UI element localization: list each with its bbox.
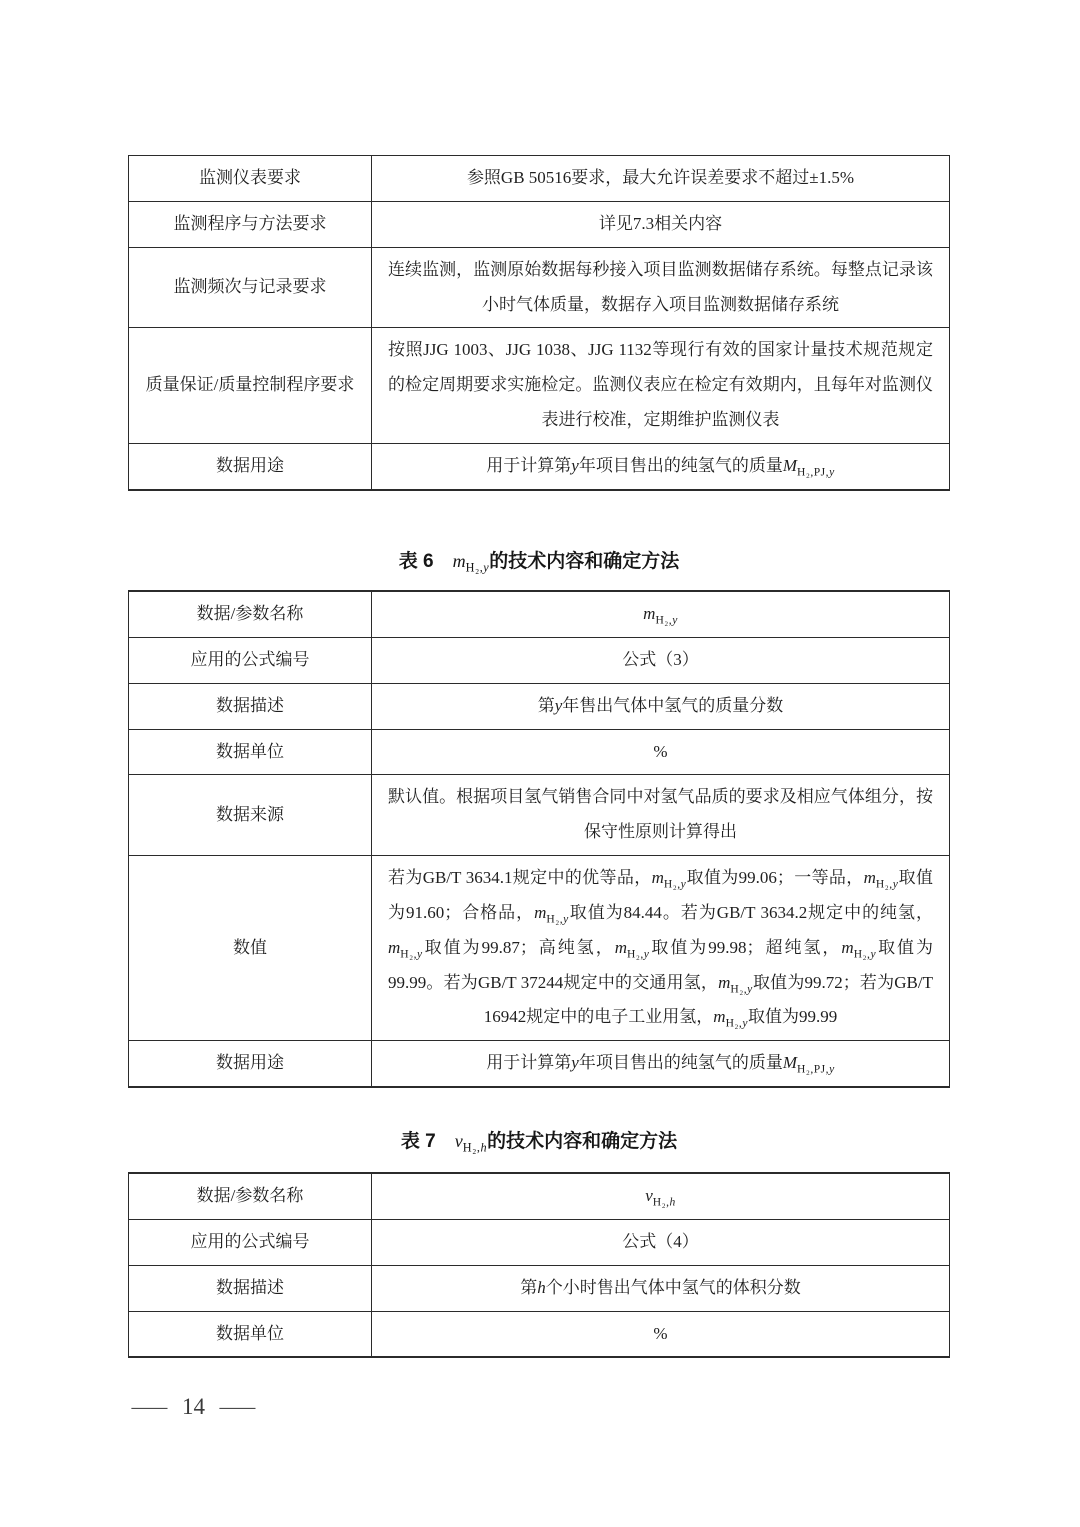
row-value-cell: % xyxy=(372,1311,950,1357)
footer-dash-left: — xyxy=(132,1394,168,1420)
row-label-cell: 数据来源 xyxy=(129,775,372,856)
table-row: 质量保证/质量控制程序要求 按照JJG 1003、JJG 1038、JJG 11… xyxy=(129,328,950,444)
row-label-cell: 质量保证/质量控制程序要求 xyxy=(129,328,372,444)
table-row: 数据来源 默认值。根据项目氢气销售合同中对氢气品质的要求及相应气体组分，按保守性… xyxy=(129,775,950,856)
table-row: 数据单位 % xyxy=(129,729,950,775)
table6-mh2y: 数据/参数名称 mH₂,y 应用的公式编号 公式（3） 数据描述 第y年售出气体… xyxy=(128,590,950,1088)
row-label-cell: 数据用途 xyxy=(129,443,372,489)
row-value-cell: 默认值。根据项目氢气销售合同中对氢气品质的要求及相应气体组分，按保守性原则计算得… xyxy=(372,775,950,856)
row-value-cell: 用于计算第y年项目售出的纯氢气的质量MH₂,PJ,y xyxy=(372,443,950,489)
row-label-cell: 数据单位 xyxy=(129,729,372,775)
row-value-cell: 公式（4） xyxy=(372,1219,950,1265)
table-row: 数据描述 第y年售出气体中氢气的质量分数 xyxy=(129,683,950,729)
row-label-cell: 数据描述 xyxy=(129,1265,372,1311)
table-row: 应用的公式编号 公式（3） xyxy=(129,637,950,683)
row-label-cell: 监测程序与方法要求 xyxy=(129,201,372,247)
table7-caption: 表 7 vH₂,h的技术内容和确定方法 xyxy=(128,1126,950,1153)
table-row: 数值 若为GB/T 3634.1规定中的优等品，mH₂,y取值为99.06；一等… xyxy=(129,856,950,1041)
table-row: 应用的公式编号 公式（4） xyxy=(129,1219,950,1265)
row-value-cell: 用于计算第y年项目售出的纯氢气的质量MH₂,PJ,y xyxy=(372,1041,950,1087)
table-row: 监测程序与方法要求 详见7.3相关内容 xyxy=(129,201,950,247)
table-row: 数据单位 % xyxy=(129,1311,950,1357)
table-row: 数据描述 第h个小时售出气体中氢气的体积分数 xyxy=(129,1265,950,1311)
table-row: 数据/参数名称 mH₂,y xyxy=(129,591,950,637)
row-label-cell: 数据单位 xyxy=(129,1311,372,1357)
row-value-cell: % xyxy=(372,729,950,775)
row-label-cell: 监测频次与记录要求 xyxy=(129,247,372,328)
table-row: 监测仪表要求 参照GB 50516要求，最大允许误差要求不超过±1.5% xyxy=(129,156,950,202)
row-value-cell: mH₂,y xyxy=(372,591,950,637)
row-label-cell: 数据用途 xyxy=(129,1041,372,1087)
table-row: 监测频次与记录要求 连续监测，监测原始数据每秒接入项目监测数据储存系统。每整点记… xyxy=(129,247,950,328)
row-value-cell: 连续监测，监测原始数据每秒接入项目监测数据储存系统。每整点记录该小时气体质量，数… xyxy=(372,247,950,328)
row-label-cell: 应用的公式编号 xyxy=(129,1219,372,1265)
row-label-cell: 应用的公式编号 xyxy=(129,637,372,683)
row-value-cell: 参照GB 50516要求，最大允许误差要求不超过±1.5% xyxy=(372,156,950,202)
table-row: 数据用途 用于计算第y年项目售出的纯氢气的质量MH₂,PJ,y xyxy=(129,1041,950,1087)
monitoring-requirements-table: 监测仪表要求 参照GB 50516要求，最大允许误差要求不超过±1.5% 监测程… xyxy=(128,155,950,491)
document-page: 监测仪表要求 参照GB 50516要求，最大允许误差要求不超过±1.5% 监测程… xyxy=(0,0,1080,1527)
table6-caption: 表 6 mH₂,y的技术内容和确定方法 xyxy=(128,546,950,573)
row-value-cell: 第y年售出气体中氢气的质量分数 xyxy=(372,683,950,729)
row-value-cell: 按照JJG 1003、JJG 1038、JJG 1132等现行有效的国家计量技术… xyxy=(372,328,950,444)
row-value-cell: 详见7.3相关内容 xyxy=(372,201,950,247)
row-label-cell: 数据/参数名称 xyxy=(129,1173,372,1219)
footer-dash-right: — xyxy=(220,1394,256,1420)
row-label-cell: 数据/参数名称 xyxy=(129,591,372,637)
row-value-cell: 公式（3） xyxy=(372,637,950,683)
page-footer: — 14 — xyxy=(138,1394,249,1420)
row-label-cell: 数据描述 xyxy=(129,683,372,729)
footer-page-number: 14 xyxy=(182,1394,205,1420)
row-label-cell: 监测仪表要求 xyxy=(129,156,372,202)
row-value-cell: 第h个小时售出气体中氢气的体积分数 xyxy=(372,1265,950,1311)
row-label-cell: 数值 xyxy=(129,856,372,1041)
row-value-cell: 若为GB/T 3634.1规定中的优等品，mH₂,y取值为99.06；一等品，m… xyxy=(372,856,950,1041)
table7-vh2h: 数据/参数名称 vH₂,h 应用的公式编号 公式（4） 数据描述 第h个小时售出… xyxy=(128,1172,950,1358)
table-row: 数据用途 用于计算第y年项目售出的纯氢气的质量MH₂,PJ,y xyxy=(129,443,950,489)
row-value-cell: vH₂,h xyxy=(372,1173,950,1219)
table-row: 数据/参数名称 vH₂,h xyxy=(129,1173,950,1219)
